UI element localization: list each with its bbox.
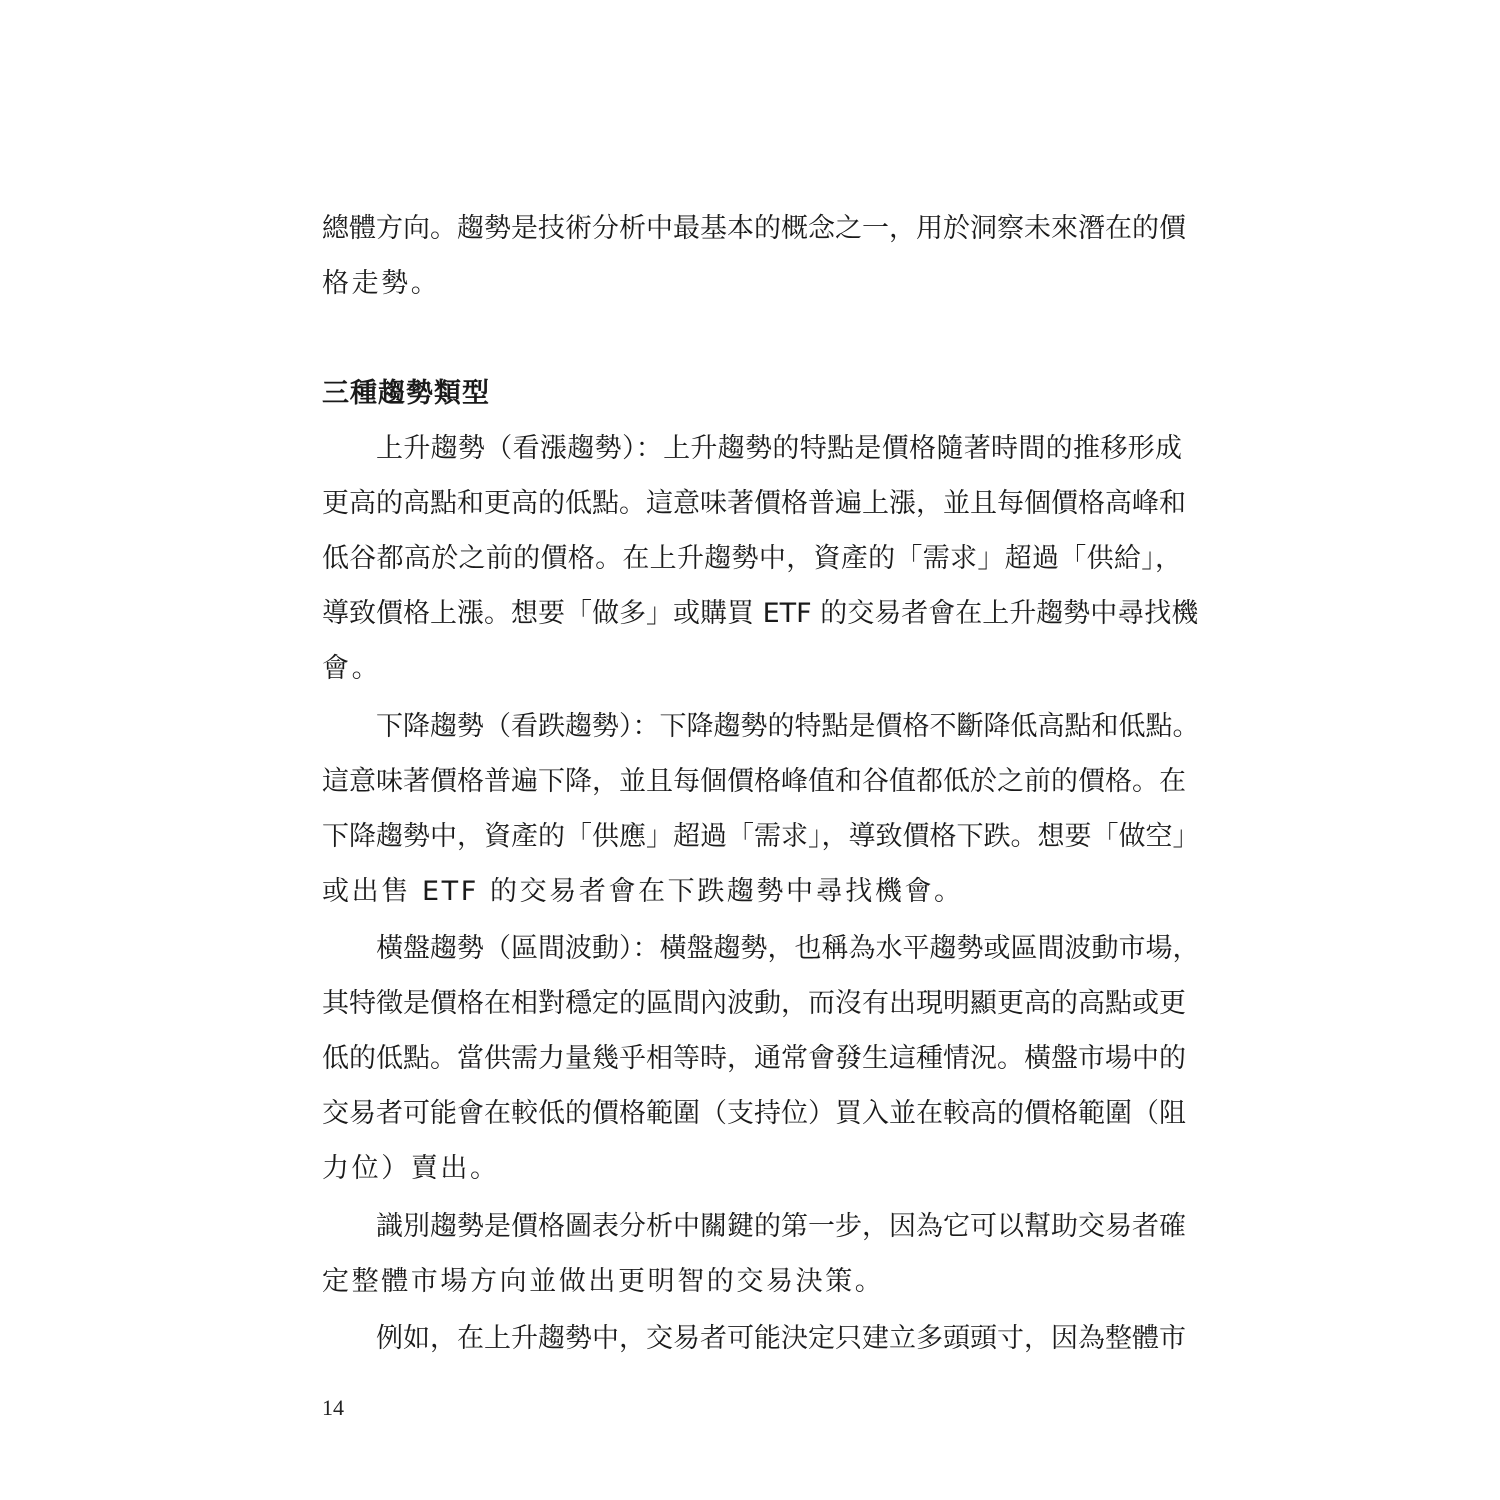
- uptrend-line-1: 上升趨勢（看漲趨勢）：上升趨勢的特點是價格隨著時間的推移形成: [376, 432, 1182, 466]
- document-page: 總體方向。趨勢是技術分析中最基本的概念之一，用於洞察未來潛在的價 格走勢。 三種…: [0, 0, 1500, 1500]
- sideways-line-5: 力位）賣出。: [322, 1152, 1182, 1186]
- intro-line-1: 總體方向。趨勢是技術分析中最基本的概念之一，用於洞察未來潛在的價: [322, 212, 1182, 246]
- downtrend-line-3: 下降趨勢中，資產的「供應」超過「需求」，導致價格下跌。想要「做空」: [322, 820, 1182, 854]
- intro-line-2: 格走勢。: [322, 267, 1182, 301]
- section-heading: 三種趨勢類型: [322, 377, 1182, 411]
- downtrend-line-2: 這意味著價格普遍下降，並且每個價格峰值和谷值都低於之前的價格。在: [322, 765, 1182, 799]
- downtrend-line-4: 或出售 ETF 的交易者會在下跌趨勢中尋找機會。: [322, 875, 1182, 909]
- identify-line-1: 識別趨勢是價格圖表分析中關鍵的第一步，因為它可以幫助交易者確: [376, 1210, 1182, 1244]
- uptrend-line-3: 低谷都高於之前的價格。在上升趨勢中，資產的「需求」超過「供給」，: [322, 542, 1182, 576]
- sideways-line-4: 交易者可能會在較低的價格範圍（支持位）買入並在較高的價格範圍（阻: [322, 1097, 1182, 1131]
- downtrend-line-1: 下降趨勢（看跌趨勢）：下降趨勢的特點是價格不斷降低高點和低點。: [376, 710, 1182, 744]
- example-line-1: 例如，在上升趨勢中，交易者可能決定只建立多頭頭寸，因為整體市: [376, 1322, 1182, 1356]
- uptrend-line-4: 導致價格上漲。想要「做多」或購買 ETF 的交易者會在上升趨勢中尋找機: [322, 597, 1182, 631]
- page-number: 14: [322, 1395, 344, 1421]
- sideways-line-3: 低的低點。當供需力量幾乎相等時，通常會發生這種情況。橫盤市場中的: [322, 1042, 1182, 1076]
- sideways-line-1: 橫盤趨勢（區間波動）：橫盤趨勢，也稱為水平趨勢或區間波動市場，: [376, 932, 1182, 966]
- identify-line-2: 定整體市場方向並做出更明智的交易決策。: [322, 1265, 1182, 1299]
- uptrend-line-5: 會。: [322, 652, 1182, 686]
- sideways-line-2: 其特徵是價格在相對穩定的區間內波動，而沒有出現明顯更高的高點或更: [322, 987, 1182, 1021]
- uptrend-line-2: 更高的高點和更高的低點。這意味著價格普遍上漲，並且每個價格高峰和: [322, 487, 1182, 521]
